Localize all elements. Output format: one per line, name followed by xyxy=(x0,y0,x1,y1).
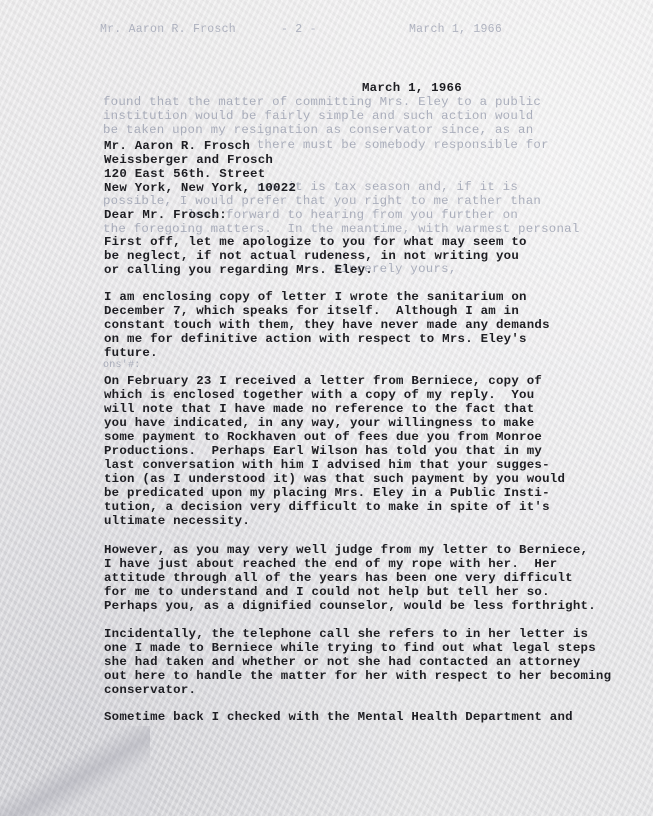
letter-date: March 1, 1966 xyxy=(362,81,462,95)
paragraph-line: one I made to Berniece while trying to f… xyxy=(104,641,596,655)
bleed-line: institution would be fairly simple and s… xyxy=(103,109,533,123)
paper-fold-shadow xyxy=(0,726,150,816)
bleed-header-page-marker: - 2 - xyxy=(281,23,317,37)
bleed-line: be taken upon my resignation as conserva… xyxy=(103,123,533,137)
bleed-header-date: March 1, 1966 xyxy=(409,23,502,37)
paragraph-line: will note that I have made no reference … xyxy=(104,402,534,416)
paragraph-line: First off, let me apologize to you for w… xyxy=(104,235,527,249)
paragraph-line: be predicated upon my placing Mrs. Eley … xyxy=(104,486,550,500)
paragraph-line: last conversation with him I advised him… xyxy=(104,458,550,472)
paragraph-line: tion (as I understood it) was that such … xyxy=(104,472,565,486)
letter-page: Mr. Aaron R. Frosch - 2 - March 1, 1966 … xyxy=(0,0,653,816)
recipient-street: 120 East 56th. Street xyxy=(104,167,265,181)
paragraph-line: or calling you regarding Mrs. Eley. xyxy=(104,263,373,277)
paragraph-line: future. xyxy=(104,346,158,360)
paragraph-line: I am enclosing copy of letter I wrote th… xyxy=(104,290,527,304)
recipient-firm: Weissberger and Frosch xyxy=(104,153,273,167)
paragraph-line: for me to understand and I could not hel… xyxy=(104,585,550,599)
paragraph-line: Productions. Perhaps Earl Wilson has tol… xyxy=(104,444,542,458)
paragraph-line: Perhaps you, as a dignified counselor, w… xyxy=(104,599,596,613)
paragraph-line: she had taken and whether or not she had… xyxy=(104,655,581,669)
paragraph-line: Incidentally, the telephone call she ref… xyxy=(104,627,588,641)
paragraph-line: I have just about reached the end of my … xyxy=(104,557,557,571)
paragraph-line: December 7, which speaks for itself. Alt… xyxy=(104,304,519,318)
bleed-header-addressee: Mr. Aaron R. Frosch xyxy=(100,23,236,37)
paragraph-line: constant touch with them, they have neve… xyxy=(104,318,550,332)
paragraph-line: However, as you may very well judge from… xyxy=(104,543,588,557)
paragraph-line: be neglect, if not actual rudeness, in n… xyxy=(104,249,519,263)
paragraph-line: attitude through all of the years has be… xyxy=(104,571,573,585)
paragraph-line: some payment to Rockhaven out of fees du… xyxy=(104,430,542,444)
recipient-name: Mr. Aaron R. Frosch xyxy=(104,139,250,153)
bleed-line: found that the matter of committing Mrs.… xyxy=(103,95,541,109)
paragraph-line: On February 23 I received a letter from … xyxy=(104,374,542,388)
bleed-line: possible, I would prefer that you right … xyxy=(103,194,541,208)
bleed-line: the foregoing matters. In the meantime, … xyxy=(103,222,580,236)
recipient-city: New York, New York, 10022 xyxy=(104,181,296,195)
salutation: Dear Mr. Frosch: xyxy=(104,208,227,222)
paragraph-line: out here to handle the matter for her wi… xyxy=(104,669,611,683)
paragraph-line: Sometime back I checked with the Mental … xyxy=(104,710,573,724)
paragraph-line: you have indicated, in any way, your wil… xyxy=(104,416,534,430)
paragraph-line: on me for definitive action with respect… xyxy=(104,332,527,346)
paragraph-line: conservator. xyxy=(104,683,196,697)
paragraph-line: ultimate necessity. xyxy=(104,514,250,528)
paragraph-line: which is enclosed together with a copy o… xyxy=(104,388,534,402)
bleed-line: ons'#: xyxy=(103,359,141,373)
paragraph-line: tution, a decision very difficult to mak… xyxy=(104,500,550,514)
